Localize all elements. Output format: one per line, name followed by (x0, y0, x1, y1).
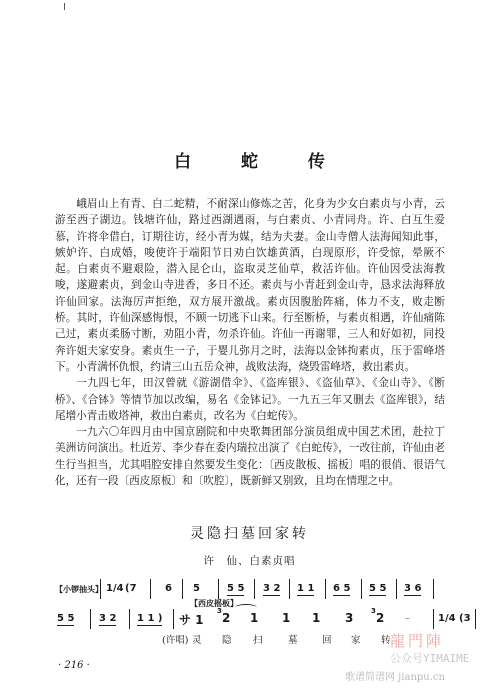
section-tag-xiaoluo: 【小锣抽头】 (55, 584, 103, 595)
barline (129, 609, 130, 629)
note: 1 (282, 611, 290, 625)
watermark-wechat: 公众号YIMAIME (390, 650, 469, 666)
note: (7 (125, 583, 137, 594)
title-char: 白 (174, 147, 191, 172)
note: 1 (250, 611, 258, 625)
barline (254, 579, 255, 599)
note: サ 1 (179, 611, 204, 628)
note: 5 5 (57, 613, 74, 626)
note: 2 (222, 611, 230, 625)
barline (100, 579, 101, 599)
body-text: 峨眉山上有青、白二蛇精，不耐深山修炼之苦，化身为少女白素贞与小青，云游至西子湖边… (55, 196, 445, 489)
note: 3 2 (263, 583, 280, 596)
lyric-char: 墓 (288, 632, 298, 646)
singer-credit: 许 仙、白素贞唱 (0, 553, 499, 568)
note: 6 (165, 583, 172, 594)
barline (289, 579, 290, 599)
note: 3 2 (99, 613, 116, 626)
note: 1 (312, 611, 320, 625)
barline (150, 579, 151, 599)
barline (475, 609, 476, 629)
watermark-site: 歌谱简谱网 jianpu.cn (345, 668, 445, 683)
note: 1 1 (297, 583, 314, 596)
slur (235, 604, 257, 611)
title-char: 传 (308, 147, 325, 172)
dash: – (405, 613, 410, 624)
paragraph-synopsis: 峨眉山上有青、白二蛇精，不耐深山修炼之苦，化身为少女白素贞与小青，云游至西子湖边… (55, 196, 445, 375)
note: 5 (193, 583, 200, 594)
barline (218, 579, 219, 599)
barline (173, 609, 174, 629)
page-number: · 216 · (58, 660, 90, 671)
note: 2 (376, 611, 384, 625)
page-title: 白 蛇 传 (0, 147, 499, 172)
lyric-char: 家 (351, 632, 361, 646)
section-tag-xipi-yaoban: 【西皮摇板】 (190, 598, 238, 609)
note: 3 6 (404, 583, 421, 596)
lyric-prefix: (许唱) (162, 632, 188, 646)
note: 5 5 (227, 583, 244, 596)
barline (433, 579, 434, 599)
note: 1/4 (3 (438, 613, 471, 624)
paragraph-1960: 一九六〇年四月由中国京剧院和中央歌舞团部分演员组成中国艺术团，赴拉丁美洲访问演出… (55, 424, 445, 489)
note: 1 1 ) (137, 613, 162, 626)
song-title: 灵隐扫墓回家转 (0, 523, 499, 543)
scan-mark (64, 3, 65, 10)
paragraph-history: 一九四七年，田汉曾就《游湖借伞》、《盗库银》、《盗仙草》、《金山寺》、《断桥》、… (55, 375, 445, 424)
note: 6 5 (333, 583, 350, 596)
lyric-char: 回 (322, 632, 332, 646)
barline (182, 579, 183, 599)
barline (396, 579, 397, 599)
watermark-logo: 龍門陣 (390, 630, 444, 651)
note: 3 (345, 611, 353, 625)
title-char: 蛇 (241, 147, 258, 172)
time-signature: 1/4 (106, 583, 124, 594)
barline (361, 579, 362, 599)
barline (90, 609, 91, 629)
lyric-char: 隐 (222, 632, 232, 646)
note: 5 5 (369, 583, 386, 596)
lyric-char: 扫 (253, 632, 263, 646)
barline (433, 609, 434, 629)
lyric-char: 灵 (192, 632, 202, 646)
barline (325, 579, 326, 599)
